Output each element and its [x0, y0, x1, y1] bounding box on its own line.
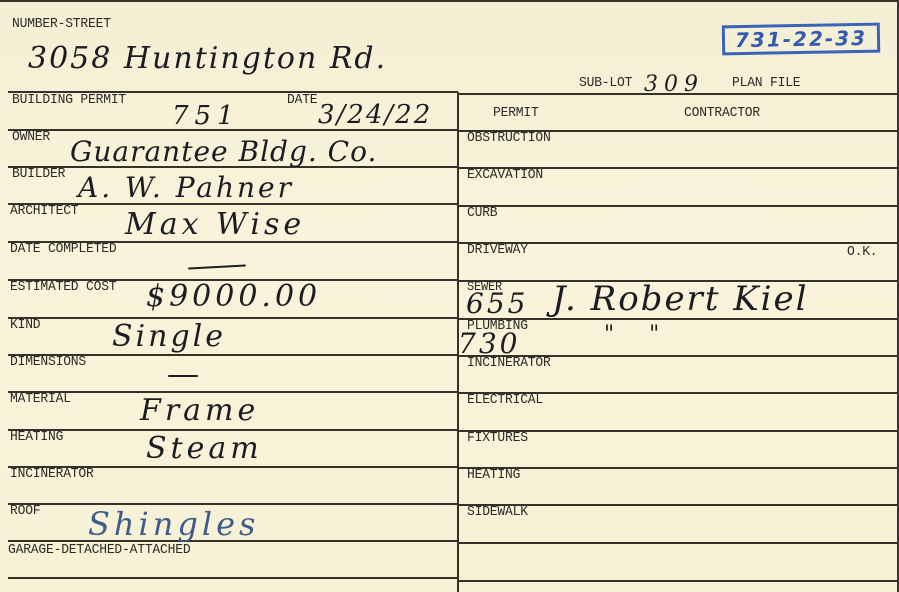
record-stamp: 731-22-33: [722, 23, 880, 56]
field-value-heating: Steam: [146, 434, 263, 464]
rule-line: [458, 205, 898, 207]
row-label-incinerator: INCINERATOR: [467, 356, 551, 370]
field-label-estimated-cost: ESTIMATED COST: [10, 280, 116, 294]
field-value-building-permit: 751: [172, 103, 240, 129]
field-label-builder: BUILDER: [12, 167, 65, 181]
field-label-incinerator: INCINERATOR: [10, 467, 94, 481]
number-street-label: NUMBER-STREET: [12, 17, 111, 31]
field-label-material: MATERIAL: [10, 392, 71, 406]
row-label-fixtures: FIXTURES: [467, 431, 528, 445]
row-label-heating: HEATING: [467, 468, 520, 482]
row-label-excavation: EXCAVATION: [467, 168, 543, 182]
rule-line: [458, 542, 898, 544]
field-label-garage: GARAGE-DETACHED-ATTACHED: [8, 543, 190, 557]
row-contractor-sewer: J. Robert Kiel: [552, 282, 809, 316]
number-street-value: 3058 Huntington Rd.: [28, 44, 387, 74]
field-label-dimensions: DIMENSIONS: [10, 355, 86, 369]
row-label-sidewalk: SIDEWALK: [467, 505, 528, 519]
field-value-kind: Single: [112, 322, 226, 352]
field-value-material: Frame: [140, 396, 259, 426]
row-label-driveway: DRIVEWAY: [467, 243, 528, 257]
row-label-obstruction: OBSTRUCTION: [467, 131, 551, 145]
permit-card: NUMBER-STREET 3058 Huntington Rd. 731-22…: [0, 0, 899, 592]
field-label-kind: KIND: [10, 318, 40, 332]
rule-line: [458, 467, 898, 469]
row-contractor-plumbing: " ": [604, 324, 673, 346]
field-label-heating: HEATING: [10, 430, 63, 444]
field-label-architect: ARCHITECT: [10, 204, 78, 218]
field-value-architect: Max Wise: [125, 210, 305, 240]
row-label-curb: CURB: [467, 206, 497, 220]
field-value-date: 3/24/22: [318, 102, 432, 128]
field-label-building-permit: BUILDING PERMIT: [12, 93, 126, 107]
sub-lot-label: SUB-LOT: [579, 76, 632, 90]
field-value-owner: Guarantee Bldg. Co.: [70, 138, 377, 166]
row-status-driveway: O.K.: [847, 245, 877, 259]
plan-file-label: PLAN FILE: [732, 76, 800, 90]
field-label-roof: ROOF: [10, 504, 40, 518]
field-value-date-completed: [188, 264, 246, 269]
row-permit-sewer: 655: [466, 290, 528, 318]
field-value-estimated-cost: $9000.00: [146, 282, 321, 312]
field-value-builder: A. W. Pahner: [78, 174, 294, 202]
field-label-owner: OWNER: [12, 130, 50, 144]
field-value-dimensions: [168, 375, 198, 377]
column-header-permit: PERMIT: [493, 106, 539, 120]
row-label-electrical: ELECTRICAL: [467, 393, 543, 407]
field-label-date-completed: DATE COMPLETED: [10, 242, 116, 256]
column-header-contractor: CONTRACTOR: [684, 106, 760, 120]
field-value-roof: Shingles: [88, 508, 259, 540]
field-label-date: DATE: [287, 93, 317, 107]
rule-line: [458, 93, 898, 95]
stamp-number: 731-22-33: [735, 26, 867, 52]
rule-line: [458, 580, 898, 582]
rule-line: [8, 317, 458, 319]
rule-line: [8, 577, 458, 579]
